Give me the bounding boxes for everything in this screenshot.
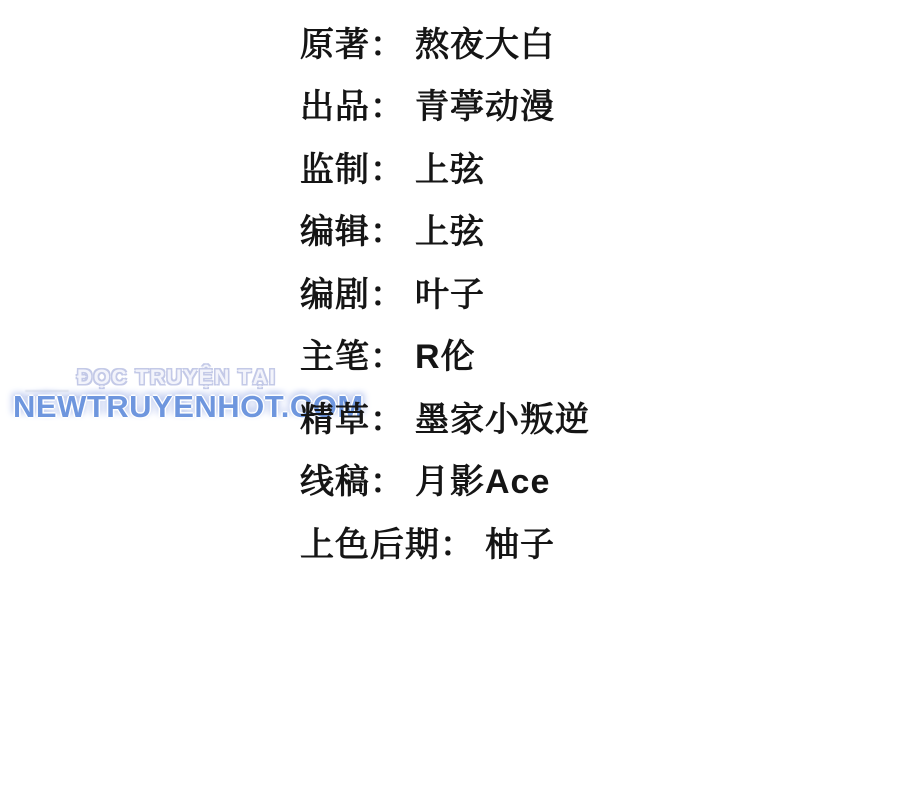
credit-colon: ：	[440, 517, 475, 566]
watermark-tagline: ĐỌC TRUYỆN TẠI	[77, 366, 277, 390]
credit-row-line-art: 线稿：月影Ace	[300, 448, 590, 511]
credit-label: 出品	[300, 79, 370, 128]
comic-credits-page: ĐỌC TRUYỆN TẠI NEWTRUYENHOT.COM 原著：熬夜大白 …	[0, 0, 900, 791]
credit-row-editor: 编辑：上弦	[300, 198, 590, 261]
credit-value: 青葶动漫	[415, 79, 555, 128]
credit-row-screenwriter: 编剧：叶子	[300, 260, 590, 323]
credit-label: 线稿	[300, 454, 370, 503]
credit-value: 上弦	[415, 142, 485, 191]
credit-value: 叶子	[415, 267, 485, 316]
credit-row-supervisor: 监制：上弦	[300, 135, 590, 198]
credit-colon: ：	[370, 329, 405, 378]
credit-label: 上色后期	[300, 517, 440, 566]
credit-row-original-author: 原著：熬夜大白	[300, 10, 590, 73]
credit-row-coloring-post: 上色后期：柚子	[300, 510, 590, 573]
credit-colon: ：	[370, 142, 405, 191]
credit-row-lead-artist: 主笔：R伦	[300, 323, 590, 386]
credit-value: R伦	[415, 329, 476, 378]
credit-value: 月影Ace	[415, 454, 550, 503]
credit-value: 熬夜大白	[415, 17, 555, 66]
credit-colon: ：	[370, 267, 405, 316]
credit-colon: ：	[370, 17, 405, 66]
credit-label: 主笔	[300, 329, 370, 378]
credit-label: 精草	[300, 392, 370, 441]
credit-value: 柚子	[485, 517, 555, 566]
credit-colon: ：	[370, 454, 405, 503]
credit-label: 编辑	[300, 204, 370, 253]
credit-colon: ：	[370, 79, 405, 128]
credit-value: 上弦	[415, 204, 485, 253]
credits-list: 原著：熬夜大白 出品：青葶动漫 监制：上弦 编辑：上弦 编剧：叶子 主笔：R伦 …	[300, 10, 590, 573]
credit-colon: ：	[370, 204, 405, 253]
credit-label: 编剧	[300, 267, 370, 316]
credit-label: 原著	[300, 17, 370, 66]
credit-colon: ：	[370, 392, 405, 441]
credit-row-refined-draft: 精草：墨家小叛逆	[300, 385, 590, 448]
credit-label: 监制	[300, 142, 370, 191]
credit-row-producer: 出品：青葶动漫	[300, 73, 590, 136]
credit-value: 墨家小叛逆	[415, 392, 590, 441]
